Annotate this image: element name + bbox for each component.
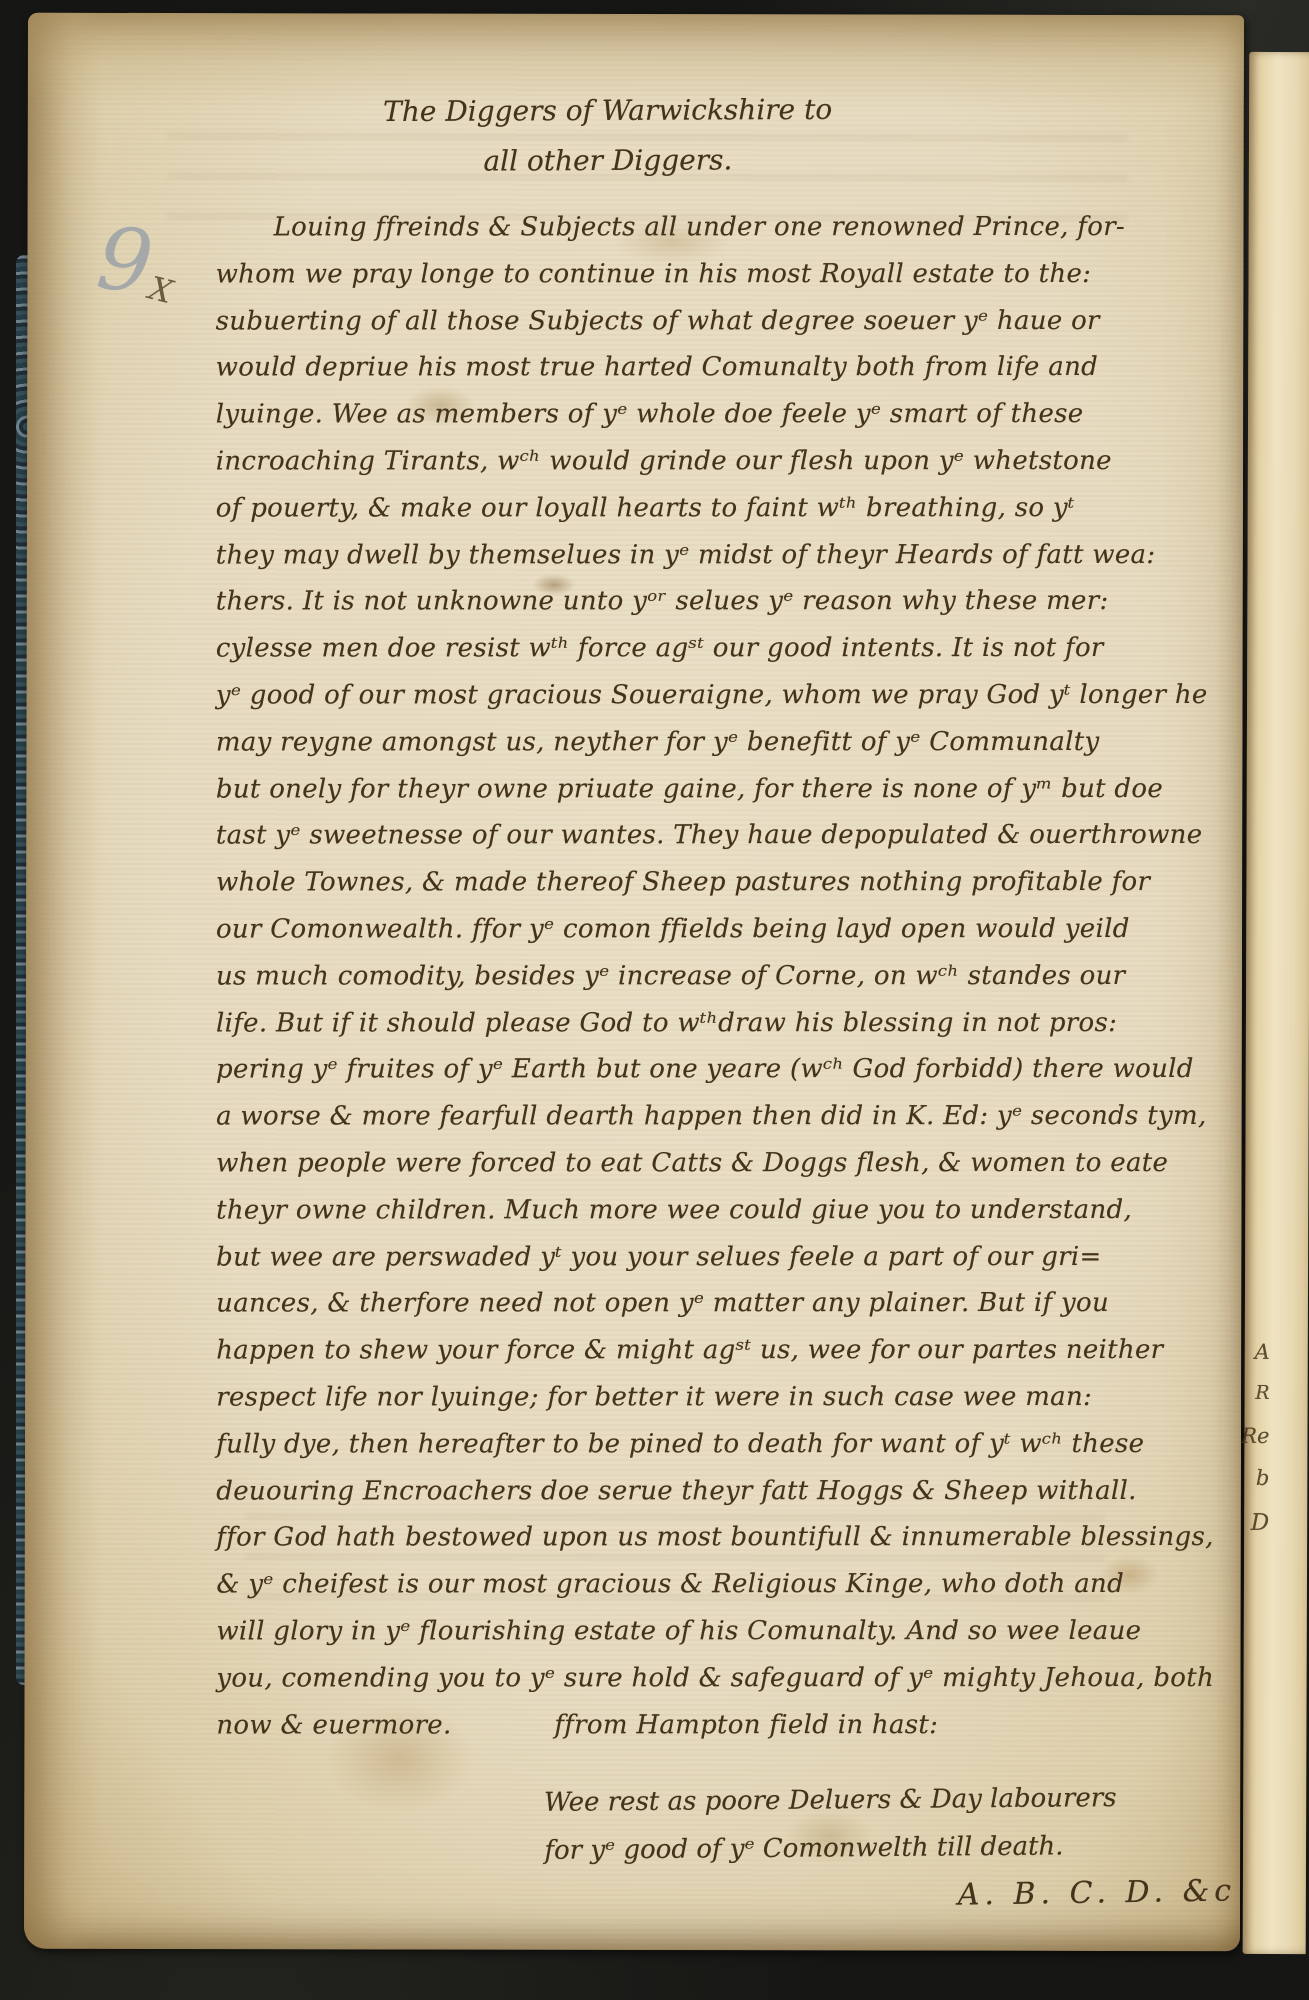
manuscript-line: thers. It is not unknowne unto yᵒʳ selue… <box>216 586 1234 633</box>
manuscript-line: whom we pray longe to continue in his mo… <box>216 259 1234 306</box>
manuscript-line: our Comonwealth. ffor yᵉ comon ffields b… <box>216 914 1234 961</box>
manuscript-line: may reygne amongst us, neyther for yᵉ be… <box>216 727 1234 774</box>
valediction-line-2: for yᵉ good of yᵉ Comonwelth till death. <box>544 1822 1117 1875</box>
manuscript-line: us much comodity, besides yᵉ increase of… <box>216 961 1234 1008</box>
manuscript-line: life. But if it should please God to wᵗʰ… <box>216 1007 1234 1054</box>
book-photograph: 9 X The Diggers of Warwickshire to all o… <box>0 0 1309 2000</box>
manuscript-line: of pouerty, & make our loyall hearts to … <box>216 493 1234 540</box>
manuscript-line: theyr owne children. Much more wee could… <box>216 1195 1234 1242</box>
letter-body: Louing ffreinds & Subjects all under one… <box>216 212 1235 1757</box>
manuscript-line: when people were forced to eat Catts & D… <box>216 1148 1234 1195</box>
facing-page-text-fragment: Re <box>1241 1424 1269 1448</box>
manuscript-line: & yᵉ cheifest is our most gracious & Rel… <box>216 1569 1234 1616</box>
manuscript-line: would depriue his most true harted Comun… <box>216 352 1234 399</box>
valediction-line-1: Wee rest as poore Deluers & Day labourer… <box>544 1774 1117 1827</box>
letter-title: The Diggers of Warwickshire to all other… <box>283 84 933 187</box>
manuscript-line: but wee are perswaded yᵗ you your selues… <box>216 1241 1234 1288</box>
title-line-2: all other Diggers. <box>283 134 933 187</box>
manuscript-line: ffor God hath bestowed upon us most boun… <box>216 1522 1234 1569</box>
manuscript-line: a worse & more fearfull dearth happen th… <box>216 1101 1234 1148</box>
signature-initials: A. B. C. D. &c <box>784 1873 1246 1915</box>
page-left-wear <box>24 13 102 1949</box>
manuscript-line: incroaching Tirants, wᶜʰ would grinde ou… <box>216 446 1234 493</box>
facing-page-edge: ARRebD <box>1243 52 1309 1954</box>
manuscript-line: you, comending you to yᵉ sure hold & saf… <box>216 1663 1234 1710</box>
manuscript-line: pering yᵉ fruites of yᵉ Earth but one ye… <box>216 1054 1234 1101</box>
manuscript-line: yᵉ good of our most gracious Soueraigne,… <box>216 680 1234 727</box>
valediction: Wee rest as poore Deluers & Day labourer… <box>544 1774 1117 1875</box>
manuscript-line: they may dwell by themselues in yᵉ midst… <box>216 540 1234 587</box>
manuscript-line: whole Townes, & made thereof Sheep pastu… <box>216 867 1234 914</box>
manuscript-line: will glory in yᵉ flourishing estate of h… <box>216 1616 1234 1663</box>
manuscript-line: happen to shew your force & might agˢᵗ u… <box>216 1335 1234 1382</box>
manuscript-line: deuouring Encroachers doe serue theyr fa… <box>216 1475 1234 1522</box>
facing-page-text-fragment: R <box>1255 1382 1269 1404</box>
manuscript-line: subuerting of all those Subjects of what… <box>216 306 1234 353</box>
manuscript-line: uances, & therfore need not open yᵉ matt… <box>216 1288 1234 1335</box>
facing-page-text-fragment: D <box>1251 1510 1270 1536</box>
manuscript-line: respect life nor lyuinge; for better it … <box>216 1382 1234 1429</box>
manuscript-line: cylesse men doe resist wᵗʰ force agˢᵗ ou… <box>216 633 1234 680</box>
manuscript-page: 9 X The Diggers of Warwickshire to all o… <box>24 13 1244 1952</box>
manuscript-line: now & euermore. ffrom Hampton field in h… <box>216 1709 1234 1756</box>
manuscript-line: but onely for theyr owne priuate gaine, … <box>216 773 1234 820</box>
title-line-1: The Diggers of Warwickshire to <box>283 84 933 137</box>
facing-page-text-fragment: A <box>1255 1340 1270 1364</box>
manuscript-line: tast yᵉ sweetnesse of our wantes. They h… <box>216 820 1234 867</box>
manuscript-line: Louing ffreinds & Subjects all under one… <box>216 212 1234 259</box>
manuscript-line: lyuinge. Wee as members of yᵉ whole doe … <box>216 399 1234 446</box>
manuscript-line: fully dye, then hereafter to be pined to… <box>216 1429 1234 1476</box>
facing-page-text-fragment: b <box>1256 1466 1270 1490</box>
